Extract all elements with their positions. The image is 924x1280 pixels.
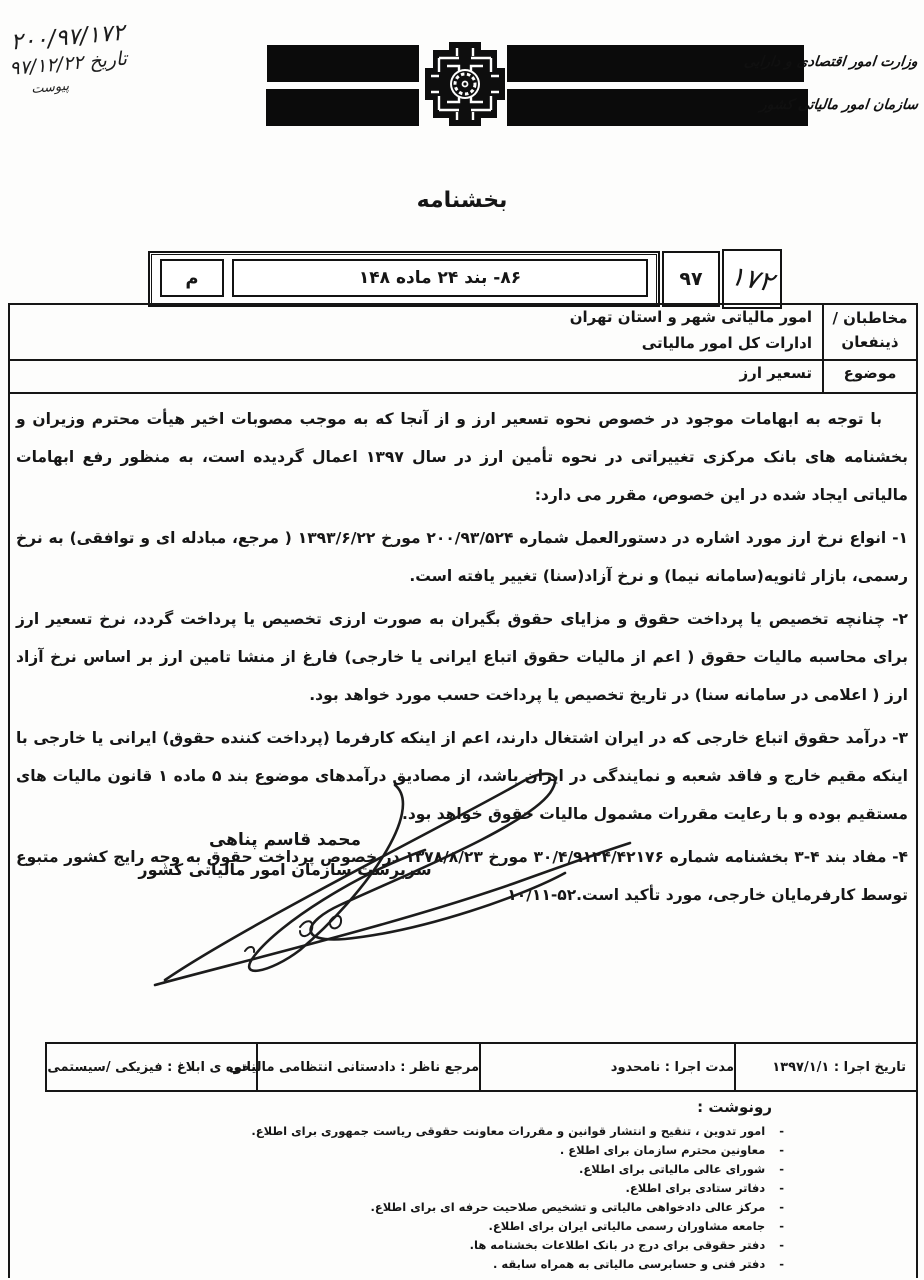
type-code-box: م (160, 259, 224, 297)
subject-label: موضوع (824, 364, 916, 382)
document-title: بخشنامه (0, 188, 924, 213)
table-line (8, 359, 918, 361)
redaction-bar (266, 89, 419, 126)
footer-info-table: تاریخ اجرا : ۱۳۹۷/۱/۱ مدت اجرا : نامحدود… (45, 1042, 918, 1092)
footer-supervisor: مرجع ناظر : دادستانی انتظامی مالیاتی (256, 1044, 489, 1090)
audience-value: ادارات کل امور مالیاتی (642, 334, 812, 352)
handwritten-registry-block: ۲۰۰/۹۷/۱۷۲ تاریخ ۹۷/۱۲/۲۲ پیوست (6, 20, 129, 99)
body-item-1: ۱- انواع نرخ ارز مورد اشاره در دستورالعم… (16, 519, 908, 595)
serial-number-box: ۱۷۲ (722, 249, 782, 309)
footer-notification-method: نحوه ی ابلاغ : فیزیکی /سیستمی (47, 1044, 266, 1090)
audience-label: مخاطبان / (824, 309, 916, 327)
scanned-circular-document: ۲۰۰/۹۷/۱۷۲ تاریخ ۹۷/۱۲/۲۲ پیوست (0, 0, 924, 1280)
handwritten-attachment-note: پیوست (11, 79, 70, 99)
table-line (8, 303, 918, 305)
cc-item: امور تدوین ، تنقیح و انتشار قوانین و مقر… (251, 1122, 784, 1141)
body-intro: با توجه به ابهامات موجود در خصوص نحوه تس… (16, 400, 908, 514)
signature-scribble (95, 755, 655, 990)
footer-exec-date: تاریخ اجرا : ۱۳۹۷/۱/۱ (734, 1044, 916, 1090)
cc-item: جامعه مشاوران رسمی مالیاتی ایران برای اط… (251, 1217, 784, 1236)
audience-label: ذینفعان (824, 333, 916, 351)
cc-list: امور تدوین ، تنقیح و انتشار قوانین و مقر… (251, 1122, 784, 1274)
subject-code-box: ۸۶- بند ۲۴ ماده ۱۴۸ (232, 259, 648, 297)
subject-value: تسعیر ارز (740, 364, 812, 382)
organization-name: سازمان امور مالیاتی کشور (759, 97, 919, 113)
page-border-right (916, 303, 918, 1278)
cc-item: دفاتر ستادی برای اطلاع. (251, 1179, 784, 1198)
tax-organization-emblem-icon (423, 38, 507, 130)
ministry-name: وزارت امور اقتصادی و دارایی (743, 54, 918, 70)
cc-item: دفتر فنی و حسابرسی مالیاتی به همراه سابق… (251, 1255, 784, 1274)
year-box: ۹۷ (662, 251, 720, 307)
cc-item: شورای عالی مالیاتی برای اطلاع. (251, 1160, 784, 1179)
cc-heading: رونوشت : (697, 1098, 772, 1116)
table-line (8, 392, 918, 394)
page-border-left (8, 303, 10, 1278)
cc-item: مرکز عالی دادخواهی مالیاتی و تشخیص صلاحی… (251, 1198, 784, 1217)
footer-exec-duration: مدت اجرا : نامحدود (479, 1044, 744, 1090)
cc-item: دفتر حقوقی برای درج در بانک اطلاعات بخشن… (251, 1236, 784, 1255)
audience-value: امور مالیاتی شهر و استان تهران (570, 308, 812, 326)
redaction-bar (267, 45, 419, 82)
cc-item: معاونین محترم سازمان برای اطلاع . (251, 1141, 784, 1160)
body-item-2: ۲- چنانچه تخصیص یا پرداخت حقوق و مزایای … (16, 600, 908, 714)
handwritten-serial: ۱۷۲ (728, 260, 776, 298)
